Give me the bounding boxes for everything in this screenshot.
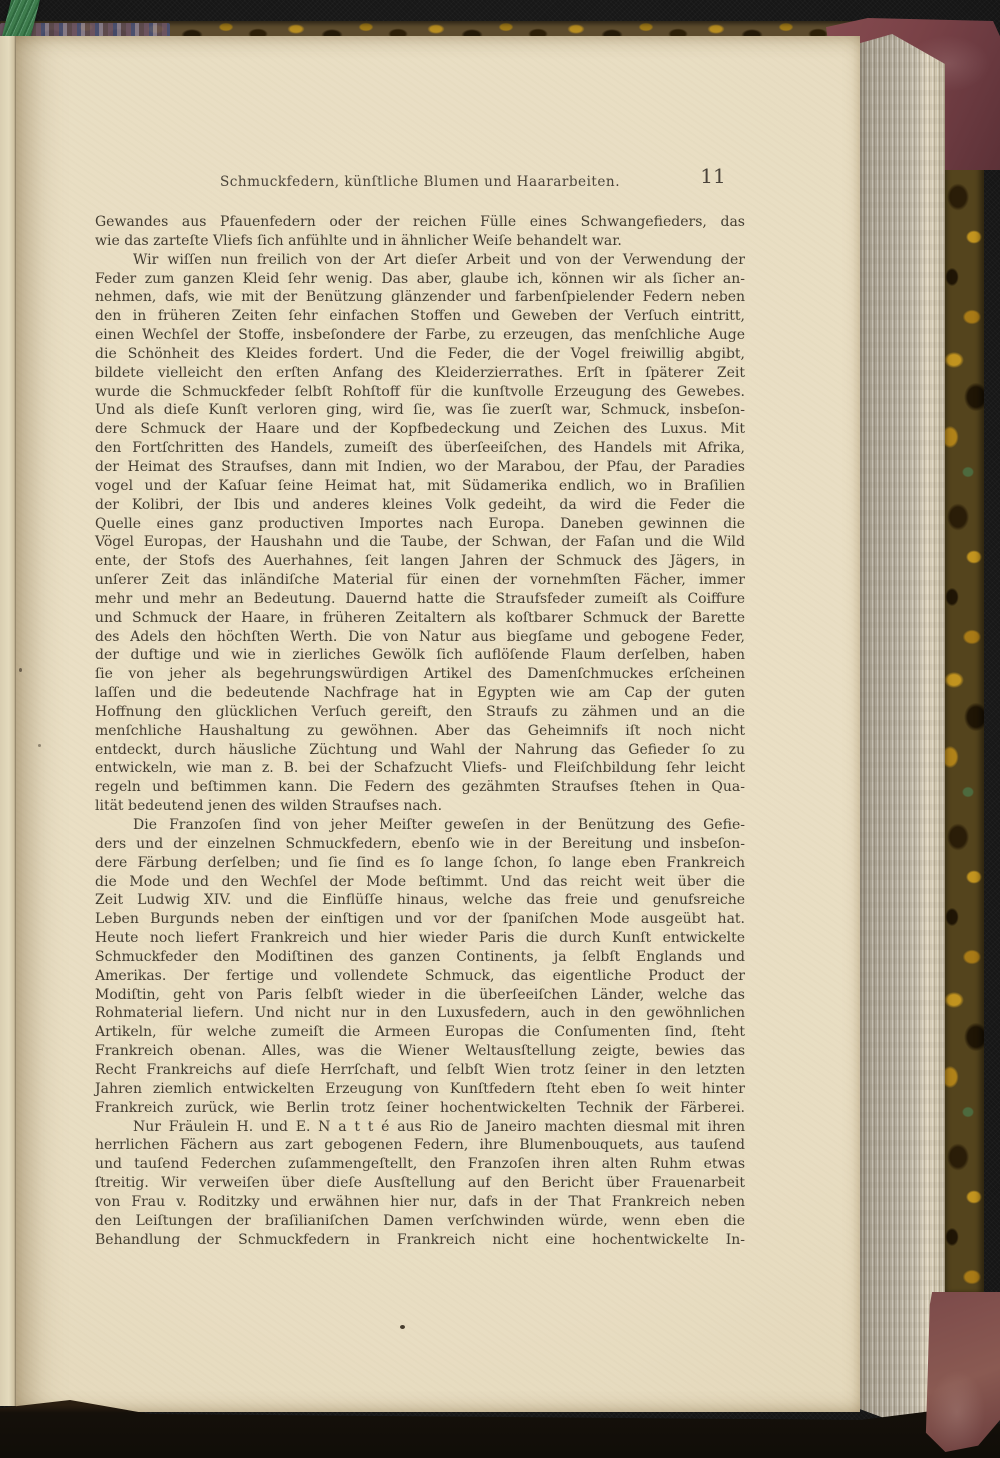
text-line: ders und der einzelnen Schmuckfedern, eb… <box>95 835 745 854</box>
text-line: die Mode und den Wechſel der Mode beſtim… <box>95 873 745 892</box>
text-line: Zeit Ludwig XIV. und die Einflüſſe hinau… <box>95 891 745 910</box>
text-line: einen Wechſel der Stoffe, insbeſondere d… <box>95 326 745 345</box>
text-line: von Frau v. Roditzky und erwähnen hier n… <box>95 1193 745 1212</box>
text-line: ente, der Stofs des Auerhahnes, ſeit lan… <box>95 552 745 571</box>
text-line: entdeckt, durch häusliche Züchtung und W… <box>95 741 745 760</box>
text-line: dere Färbung derſelben; und ſie ſind es … <box>95 854 745 873</box>
text-line: mehr und mehr an Bedeutung. Dauernd hatt… <box>95 590 745 609</box>
text-line: Und als dieſe Kunſt verloren ging, wird … <box>95 401 745 420</box>
text-line: den in früheren Zeiten ſehr einfachen St… <box>95 307 745 326</box>
ink-speck <box>38 744 41 747</box>
text-line: nehmen, dafs, wie mit der Benützung glän… <box>95 288 745 307</box>
facing-page-sliver <box>0 36 16 1406</box>
text-line: Frankreich obenan. Alles, was die Wiener… <box>95 1042 745 1061</box>
text-line: Frankreich zurück, wie Berlin trotz ſein… <box>95 1099 745 1118</box>
text-line: der Kolibri, der Ibis und anderes kleine… <box>95 496 745 515</box>
running-head-title: Schmuckfedern, künſtliche Blumen und Haa… <box>95 174 745 190</box>
text-line: Hoffnung den glücklichen Verſuch gereift… <box>95 703 745 722</box>
text-line: ſtreitig. Wir verweiſen über dieſe Ausſt… <box>95 1174 745 1193</box>
text-line: laſſen und die bedeutende Nachfrage hat … <box>95 684 745 703</box>
text-line: den Leiſtungen der braſilianiſchen Damen… <box>95 1212 745 1231</box>
page-block-fore-edge <box>857 34 945 1426</box>
text-line: Amerikas. Der fertige und vollendete Sch… <box>95 967 745 986</box>
text-line: Gewandes aus Pfauenfedern oder der reich… <box>95 213 745 232</box>
text-line: Nur Fräulein H. und E. N a t t é aus Rio… <box>95 1118 745 1137</box>
text-line: dere Schmuck der Haare und der Kopfbedec… <box>95 420 745 439</box>
text-line: Behandlung der Schmuckfedern in Frankrei… <box>95 1231 745 1250</box>
text-line: Recht Frankreichs auf dieſe Herrſchaft, … <box>95 1061 745 1080</box>
text-line: Quelle eines ganz productiven Importes n… <box>95 515 745 534</box>
text-line: regeln und beſtimmen kann. Die Federn de… <box>95 778 745 797</box>
text-line: Heute noch liefert Frankreich und hier w… <box>95 929 745 948</box>
text-line: lität bedeutend jenen des wilden Straufs… <box>95 797 745 816</box>
book-scan-scene: Schmuckfedern, künſtliche Blumen und Haa… <box>0 0 1000 1458</box>
text-line: ſie von jeher als begehrungswürdigen Art… <box>95 665 745 684</box>
text-line: wie das zarteſte Vliefs ſich anfühlte un… <box>95 232 745 251</box>
text-line: Feder zum ganzen Kleid ſehr wenig. Das a… <box>95 270 745 289</box>
text-block: Gewandes aus Pfauenfedern oder der reich… <box>95 213 745 1249</box>
text-line: des Adels den höchſten Werth. Die von Na… <box>95 628 745 647</box>
text-line: bildete vielleicht den erſten Anfang des… <box>95 364 745 383</box>
ink-speck <box>400 1325 405 1329</box>
leather-corner-bottom <box>922 1292 1000 1452</box>
text-line: Leben Burgunds neben der einſtigen und v… <box>95 910 745 929</box>
text-line: der duftige und wie in zierliches Gewölk… <box>95 646 745 665</box>
text-line: wurde die Schmuckfeder ſelbſt Rohſtoff f… <box>95 383 745 402</box>
text-line: vogel und der Kaſuar ſeine Heimat hat, m… <box>95 477 745 496</box>
text-line: Modiſtin, geht von Paris ſelbſt wieder i… <box>95 986 745 1005</box>
text-line: Schmuckfeder den Modiſtinen des ganzen C… <box>95 948 745 967</box>
text-line: Rohmaterial liefern. Und nicht nur in de… <box>95 1004 745 1023</box>
ink-speck <box>19 668 22 672</box>
marbled-cover-edge <box>944 22 984 1294</box>
page-number: 11 <box>668 164 758 188</box>
text-line: und tauſend Federchen zuſammengeſtellt, … <box>95 1155 745 1174</box>
text-line: und Schmuck der Haare, in früheren Zeita… <box>95 609 745 628</box>
book-page: Schmuckfedern, künſtliche Blumen und Haa… <box>16 36 860 1412</box>
text-line: Die Franzoſen ſind von jeher Meiſter gew… <box>95 816 745 835</box>
text-line: entwickeln, wie man z. B. bei der Schafz… <box>95 759 745 778</box>
text-line: die Schönheit des Kleides fordert. Und d… <box>95 345 745 364</box>
text-line: Vögel Europas, der Haushahn und die Taub… <box>95 533 745 552</box>
text-line: menſchliche Haushaltung zu gewöhnen. Abe… <box>95 722 745 741</box>
text-line: den Fortſchritten des Handels, zumeiſt d… <box>95 439 745 458</box>
text-line: Jahren ziemlich entwickelten Erzeugung v… <box>95 1080 745 1099</box>
text-line: Wir wiſſen nun freilich von der Art dieſ… <box>95 251 745 270</box>
text-line: unſerer Zeit das inländiſche Material fü… <box>95 571 745 590</box>
text-line: der Heimat des Straufses, dann mit Indie… <box>95 458 745 477</box>
text-line: Artikeln, für welche zumeiſt die Armeen … <box>95 1023 745 1042</box>
text-line: herrlichen Fächern aus zart gebogenen Fe… <box>95 1136 745 1155</box>
